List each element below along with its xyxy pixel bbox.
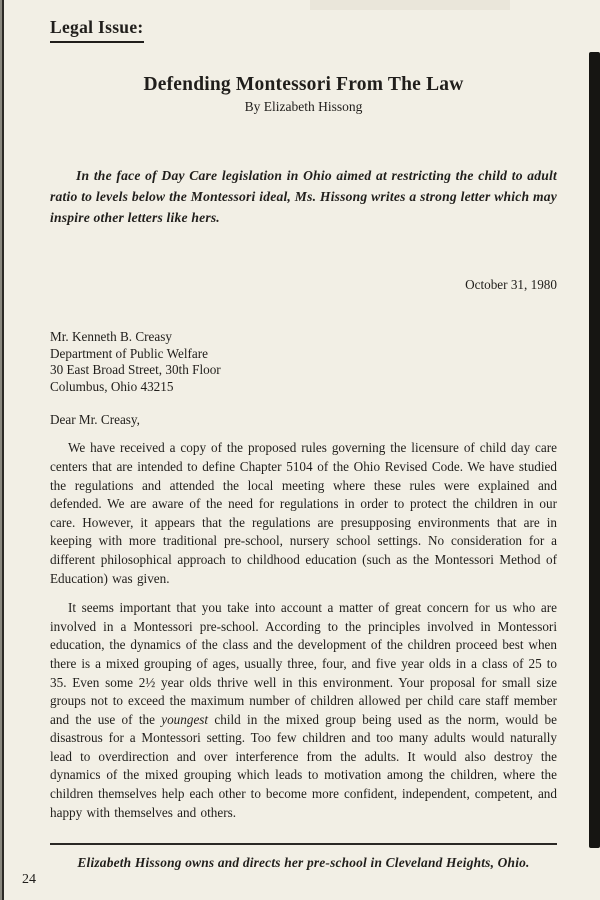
- address-line-department: Department of Public Welfare: [50, 346, 557, 363]
- paragraph-2-pre: It seems important that you take into ac…: [50, 600, 557, 727]
- page-content: Legal Issue: Defending Montessori From T…: [50, 0, 557, 822]
- page-footer: Elizabeth Hissong owns and directs her p…: [50, 843, 557, 871]
- paragraph-2-emphasis: youngest: [161, 712, 208, 727]
- letter-paragraph-2: It seems important that you take into ac…: [50, 599, 557, 822]
- footer-rule: [50, 843, 557, 845]
- address-line-city: Columbus, Ohio 43215: [50, 379, 557, 396]
- letter-paragraph-1: We have received a copy of the proposed …: [50, 439, 557, 588]
- letter-date: October 31, 1980: [50, 277, 557, 293]
- scan-edge-left-line: [2, 0, 4, 900]
- article-title: Defending Montessori From The Law: [50, 74, 557, 96]
- letter-salutation: Dear Mr. Creasy,: [50, 412, 557, 428]
- article-intro: In the face of Day Care legislation in O…: [50, 165, 557, 228]
- magazine-page: Legal Issue: Defending Montessori From T…: [0, 0, 600, 900]
- article-byline: By Elizabeth Hissong: [50, 99, 557, 115]
- address-line-name: Mr. Kenneth B. Creasy: [50, 329, 557, 346]
- author-note: Elizabeth Hissong owns and directs her p…: [50, 855, 557, 871]
- section-label: Legal Issue:: [50, 17, 144, 43]
- paragraph-2-post: child in the mixed group being used as t…: [50, 712, 557, 820]
- scan-edge-right: [589, 52, 600, 848]
- address-line-street: 30 East Broad Street, 30th Floor: [50, 362, 557, 379]
- recipient-address: Mr. Kenneth B. Creasy Department of Publ…: [50, 329, 557, 395]
- page-number: 24: [22, 872, 36, 888]
